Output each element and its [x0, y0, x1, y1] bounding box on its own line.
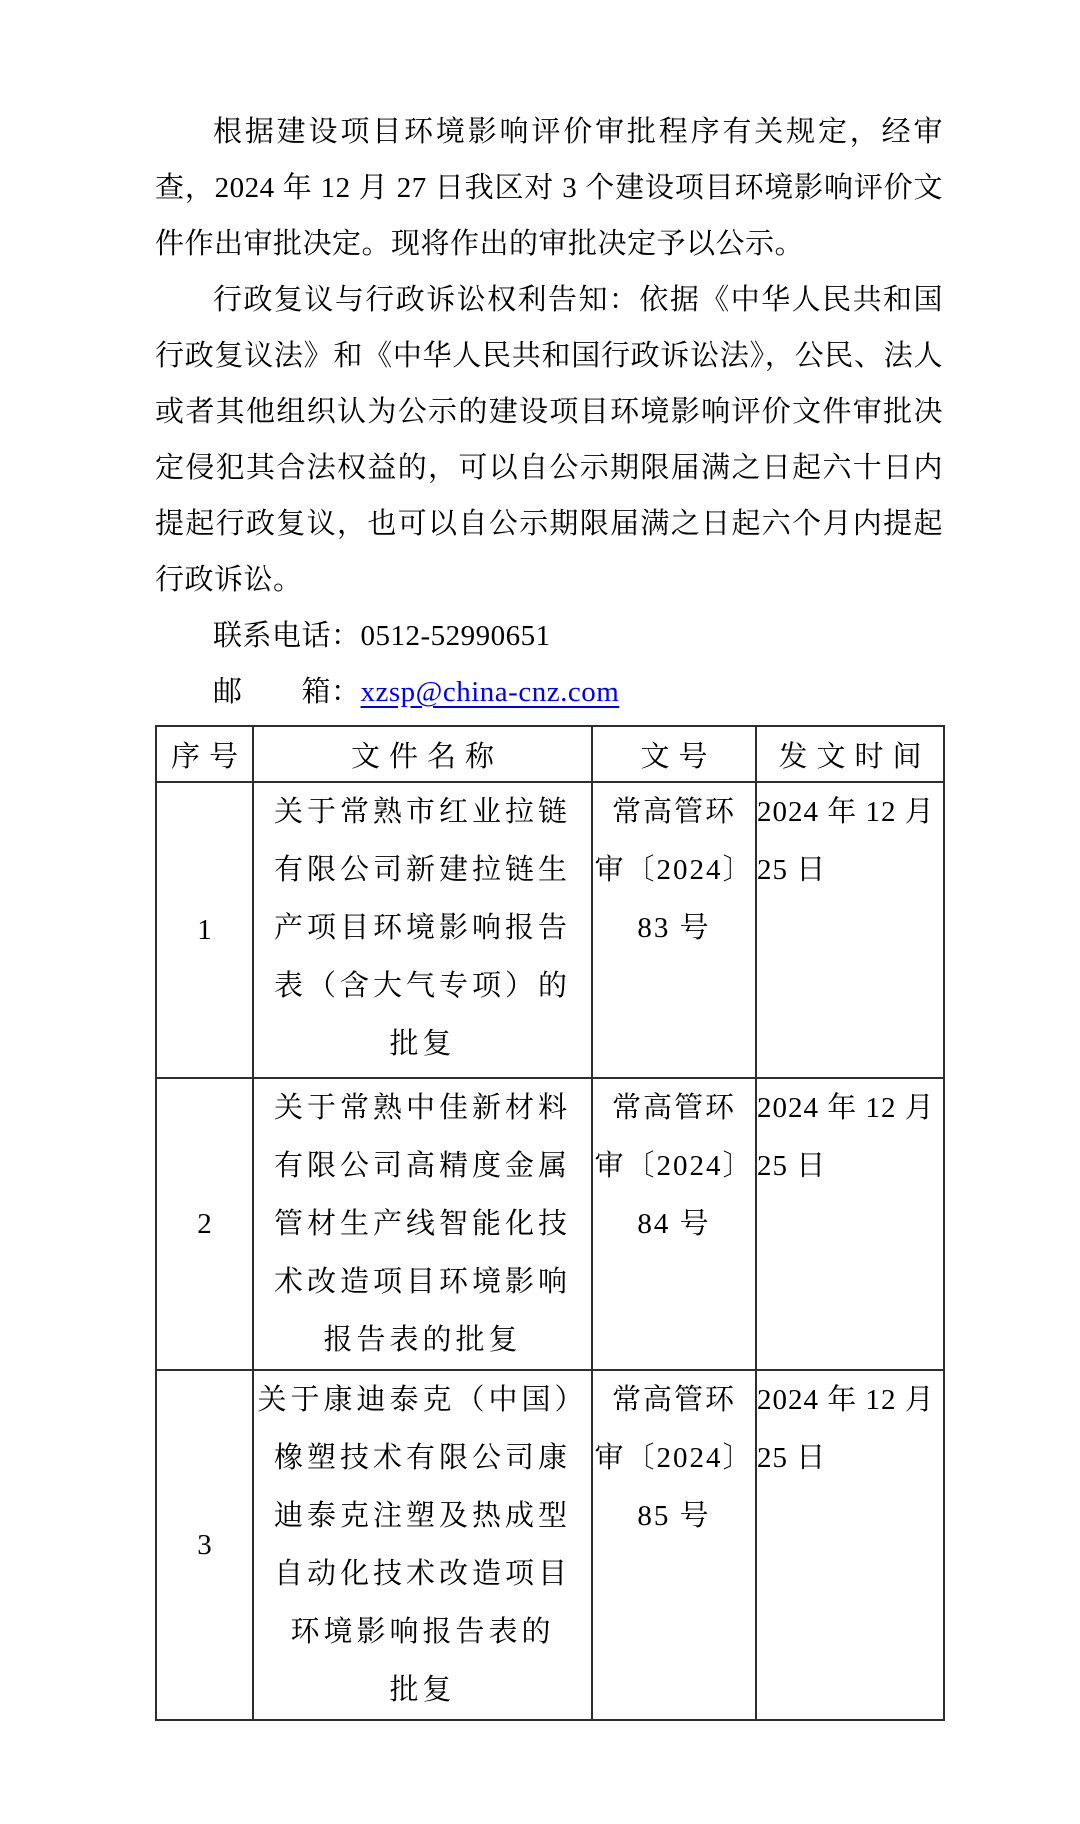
table-row: 1 关于常熟市红业拉链有限公司新建拉链生产项目环境影响报告表（含大气专项）的批复… [156, 782, 944, 1078]
issue-date-cell: 2024 年 12 月25 日 [756, 1370, 944, 1720]
file-name-cell: 关于常熟中佳新材料有限公司高精度金属管材生产线智能化技术改造项目环境影响报告表的… [253, 1078, 592, 1370]
paragraph-intro: 根据建设项目环境影响评价审批程序有关规定，经审查，2024 年 12 月 27 … [155, 104, 943, 272]
email-label: 邮 箱： [213, 676, 361, 708]
doc-number-cell: 常高管环审〔2024〕83 号 [592, 782, 756, 1078]
phone-number: 0512-52990651 [361, 620, 551, 652]
approval-table: 序号 文件名称 文号 发文时间 1 关于常熟市红业拉链有限公司新建拉链生产项目环… [155, 725, 945, 1721]
paragraph-rights-notice: 行政复议与行政诉讼权利告知：依据《中华人民共和国行政复议法》和《中华人民共和国行… [155, 272, 943, 608]
table-row: 2 关于常熟中佳新材料有限公司高精度金属管材生产线智能化技术改造项目环境影响报告… [156, 1078, 944, 1370]
serial-cell: 2 [156, 1078, 253, 1370]
header-serial: 序号 [156, 726, 253, 782]
header-file-name: 文件名称 [253, 726, 592, 782]
doc-number-cell: 常高管环审〔2024〕84 号 [592, 1078, 756, 1370]
doc-number-cell: 常高管环审〔2024〕85 号 [592, 1370, 756, 1720]
issue-date-cell: 2024 年 12 月25 日 [756, 1078, 944, 1370]
phone-label: 联系电话： [213, 620, 361, 652]
table-header-row: 序号 文件名称 文号 发文时间 [156, 726, 944, 782]
file-name-cell: 关于康迪泰克（中国）橡塑技术有限公司康迪泰克注塑及热成型自动化技术改造项目环境影… [253, 1370, 592, 1720]
document-page: 根据建设项目环境影响评价审批程序有关规定，经审查，2024 年 12 月 27 … [0, 0, 1080, 1824]
document-content: 根据建设项目环境影响评价审批程序有关规定，经审查，2024 年 12 月 27 … [155, 104, 943, 1721]
header-issue-date: 发文时间 [756, 726, 944, 782]
table-row: 3 关于康迪泰克（中国）橡塑技术有限公司康迪泰克注塑及热成型自动化技术改造项目环… [156, 1370, 944, 1720]
header-doc-number: 文号 [592, 726, 756, 782]
serial-cell: 3 [156, 1370, 253, 1720]
issue-date-cell: 2024 年 12 月25 日 [756, 782, 944, 1078]
serial-cell: 1 [156, 782, 253, 1078]
email-link[interactable]: xzsp@china-cnz.com [361, 676, 620, 708]
file-name-cell: 关于常熟市红业拉链有限公司新建拉链生产项目环境影响报告表（含大气专项）的批复 [253, 782, 592, 1078]
phone-line: 联系电话：0512-52990651 [155, 608, 943, 664]
email-line: 邮 箱：xzsp@china-cnz.com [155, 664, 943, 720]
